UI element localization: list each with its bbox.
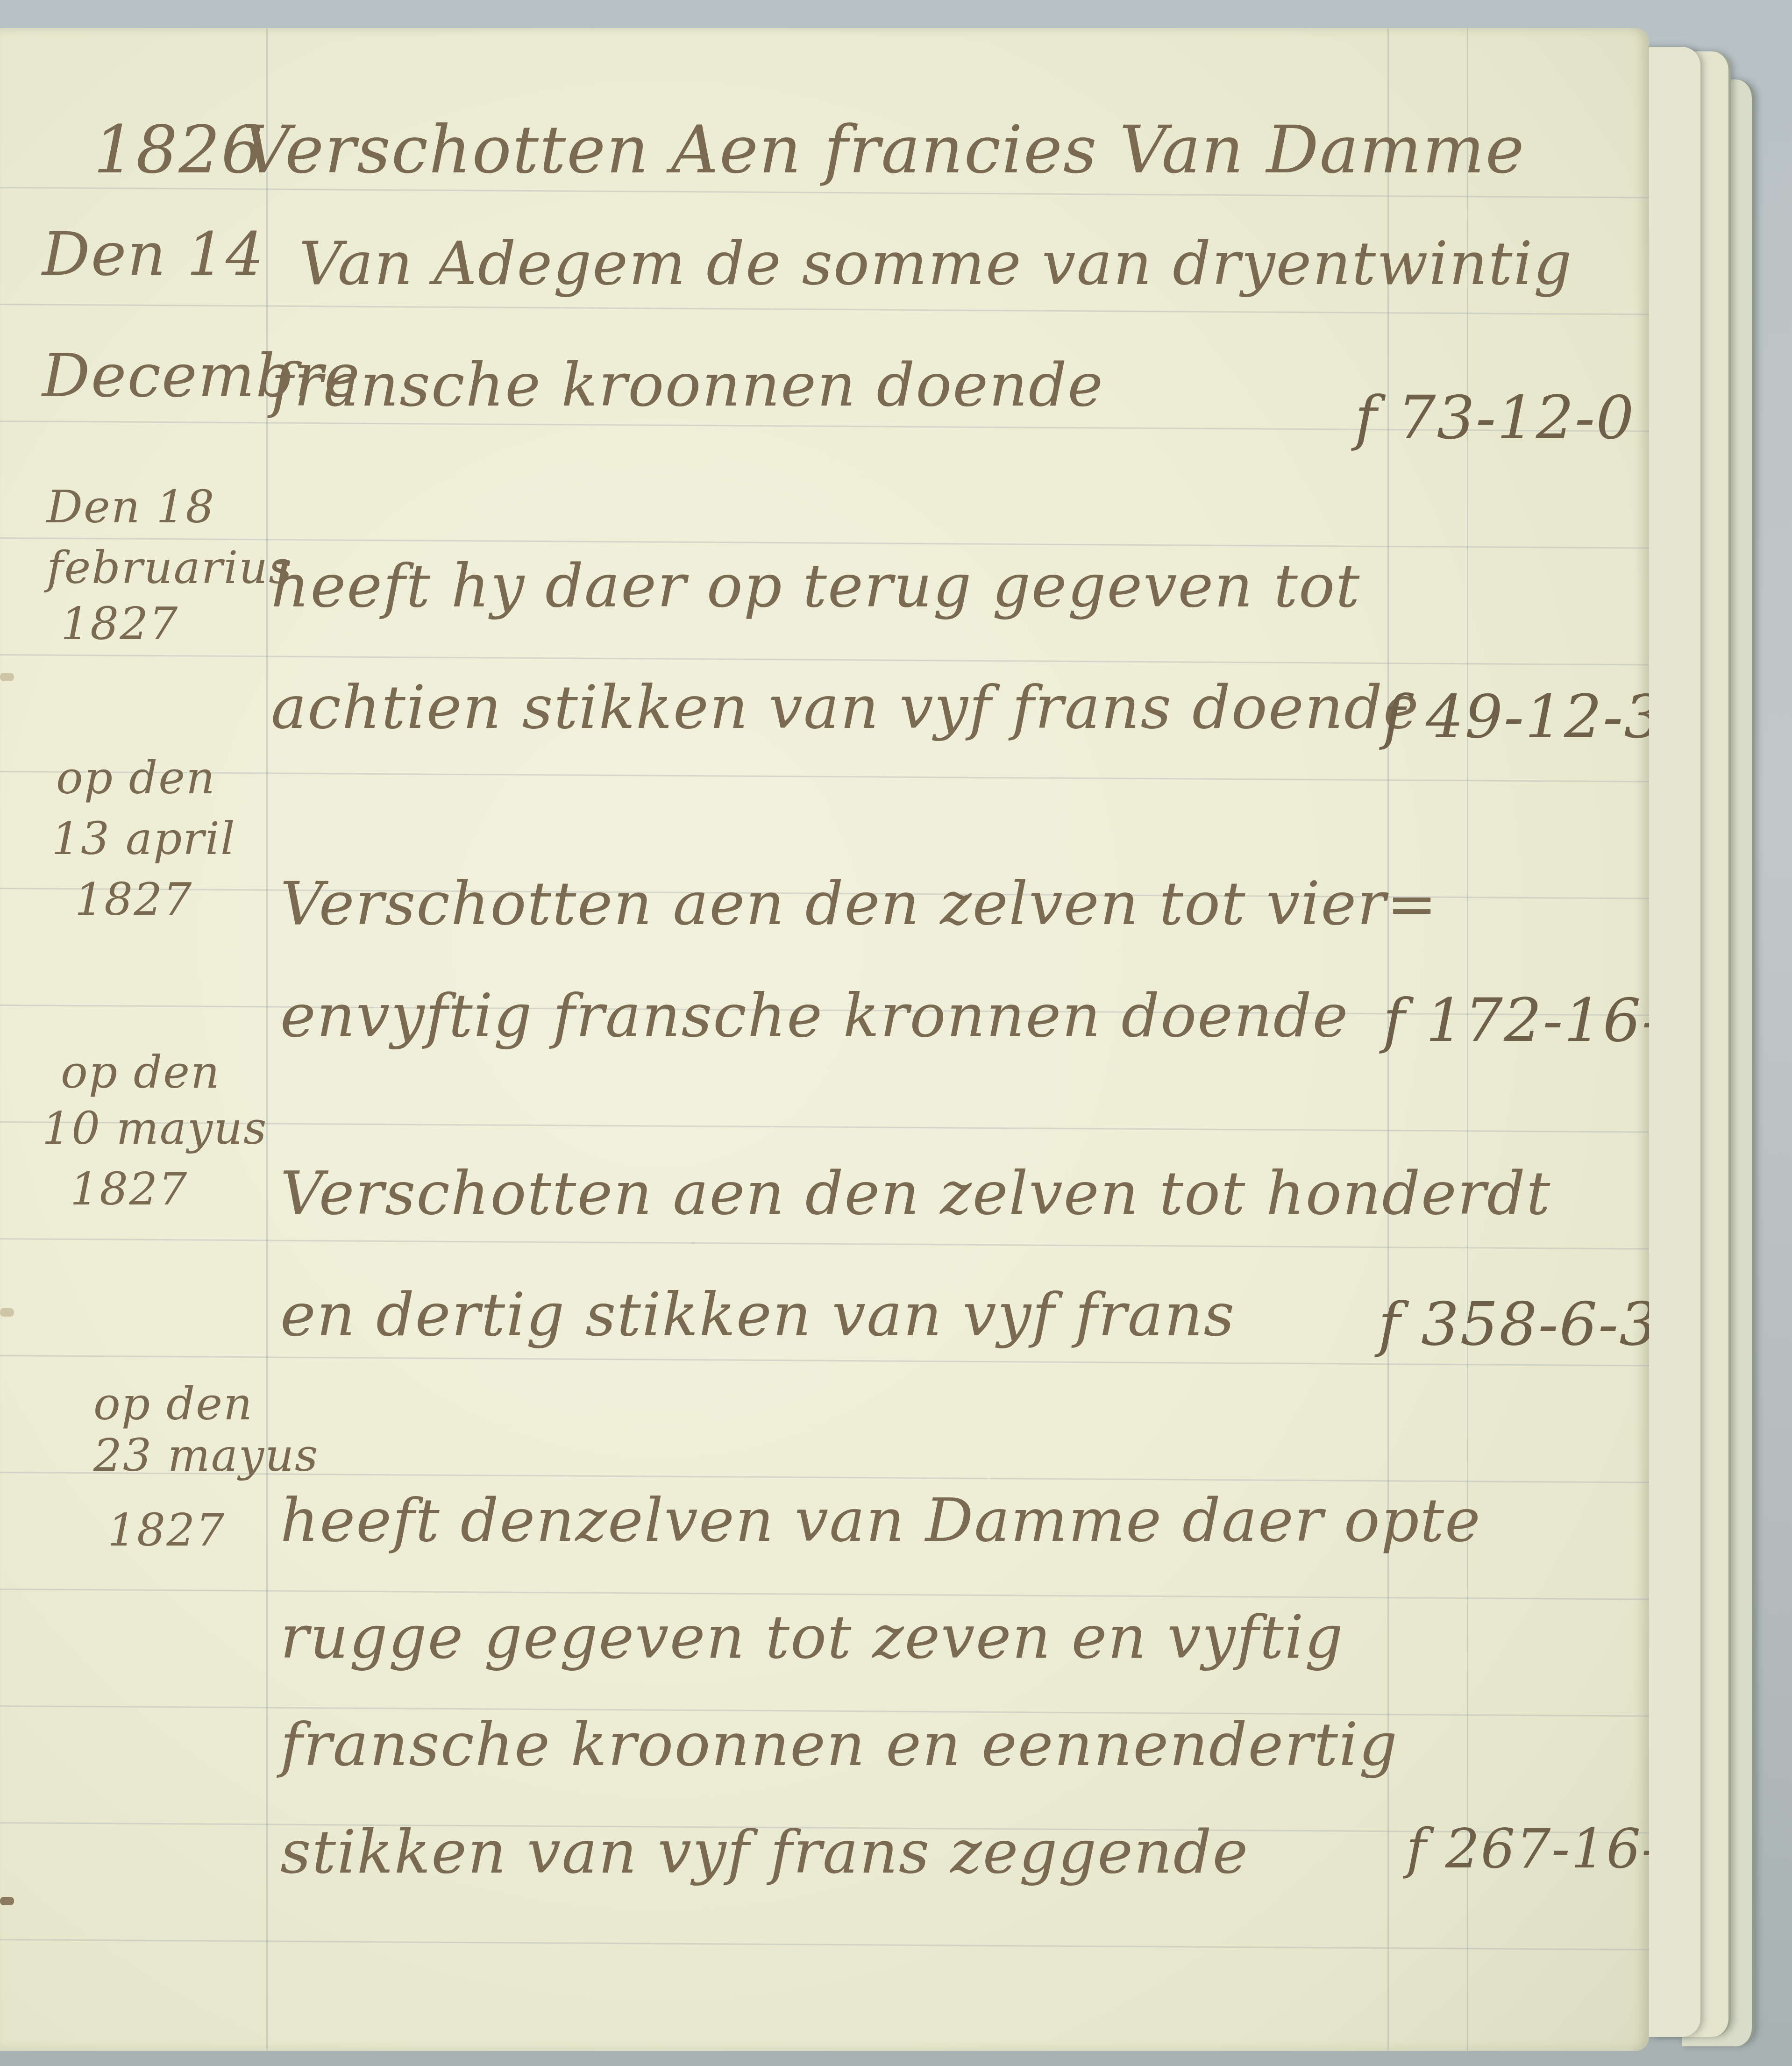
entry-text-line: fransche kroonnen doende bbox=[271, 350, 1104, 420]
ruled-line bbox=[0, 1589, 1649, 1600]
entry-amount: f 172-16-0 bbox=[1383, 986, 1649, 1055]
entry-date: 23 mayus bbox=[93, 1425, 319, 1486]
entry-date: Den 18 bbox=[47, 477, 215, 537]
entry-amount: f 267-16-10 bbox=[1406, 1817, 1649, 1881]
entry-text-line: heeft denzelven van Damme daer opte bbox=[280, 1486, 1481, 1555]
entry-date: op den bbox=[56, 748, 216, 808]
entry-amount: f 49-12-3 bbox=[1383, 682, 1649, 752]
entry-text-line: stikken van vyf frans zeggende bbox=[280, 1817, 1249, 1887]
entry-date: februarius bbox=[47, 537, 292, 598]
entry-text-line: Van Adegem de somme van dryentwintig bbox=[299, 229, 1572, 299]
entry-amount: f 73-12-0 bbox=[1355, 383, 1635, 453]
margin-rule bbox=[266, 28, 268, 2051]
entry-amount: f 358-6-3 bbox=[1378, 1289, 1649, 1359]
ruled-line bbox=[0, 1939, 1649, 1951]
entry-text-line: achtien stikken van vyf frans doende bbox=[271, 673, 1420, 742]
entry-date: 1827 bbox=[70, 1159, 188, 1219]
header-year: 1826 bbox=[93, 112, 263, 188]
entry-text-line: envyftig fransche kronnen doende bbox=[280, 981, 1349, 1051]
entry-date: 1827 bbox=[61, 593, 178, 654]
ledger-page: 1826 Verschotten Aen francies Van Damme … bbox=[0, 28, 1649, 2051]
entry-text-line: fransche kroonnen en eennendertig bbox=[280, 1710, 1398, 1780]
ruled-line bbox=[0, 1238, 1649, 1250]
entry-date: 1827 bbox=[107, 1500, 225, 1560]
entry-date: Den 14 bbox=[42, 224, 264, 285]
entry-text-line: heeft hy daer op terug gegeven tot bbox=[271, 551, 1360, 621]
binding-stitch bbox=[0, 1897, 14, 1905]
entry-date: 1827 bbox=[75, 869, 192, 930]
entry-text-line: Verschotten aen den zelven tot honderdt bbox=[280, 1159, 1551, 1228]
header-title: Verschotten Aen francies Van Damme bbox=[243, 112, 1525, 188]
entry-text-line: en dertig stikken van vyf frans bbox=[280, 1280, 1235, 1350]
ruled-line bbox=[0, 771, 1649, 783]
entry-date: op den bbox=[61, 1042, 220, 1103]
entry-date: 10 mayus bbox=[42, 1098, 267, 1159]
ruled-line bbox=[0, 654, 1649, 666]
binding-stitch bbox=[0, 1308, 14, 1317]
ruled-line bbox=[0, 304, 1649, 315]
entry-text-line: rugge gegeven tot zeven en vyftig bbox=[280, 1603, 1344, 1672]
binding-stitch bbox=[0, 673, 14, 681]
ruled-line bbox=[0, 187, 1649, 199]
entry-text-line: Verschotten aen den zelven tot vier= bbox=[280, 869, 1438, 939]
entry-date: 13 april bbox=[51, 808, 236, 869]
